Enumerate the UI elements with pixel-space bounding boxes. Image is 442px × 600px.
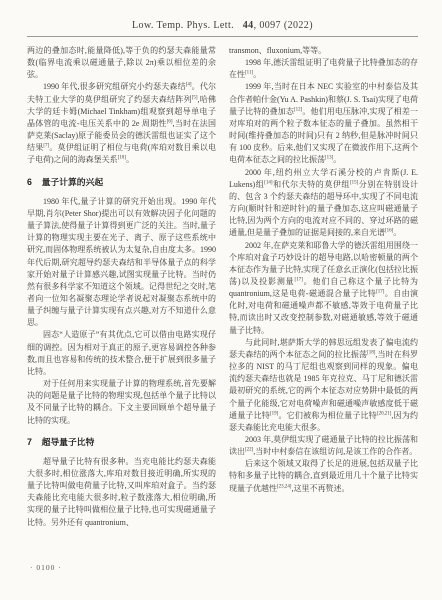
paragraph: 对于任何用来实现量子计算的物理系统,首先要解决的问题是量子比特的物理实现,包括单… [27, 378, 216, 427]
paragraph: 2002 年,在萨克莱和耶鲁大学的德沃雷组用围绕一个库珀对盒子巧妙设计的超导电路… [229, 240, 418, 337]
running-header: Low. Temp. Phys. Lett. 44, 0097 (2022) [27, 20, 418, 31]
journal-title: Low. Temp. Phys. Lett. [132, 20, 234, 31]
section-heading-7: 7超导量子比特 [27, 436, 216, 448]
journal-page: Low. Temp. Phys. Lett. 44, 0097 (2022) 两… [0, 0, 442, 600]
left-column: 两边的叠加态时,能量降低),等于负的约瑟夫森能量常数(临界电流乘以磁通量子,除以… [27, 45, 216, 529]
section-heading-6: 6量子计算的兴起 [27, 176, 216, 188]
page-number-footer: · 0100 · [30, 563, 62, 572]
paragraph: 1990 年代,很多研究组研究小约瑟夫森结[4]。代尔夫特工业大学的莫伊组研究了… [27, 81, 216, 166]
paragraph: 2003 年,莫伊组实现了磁通量子比特的拉比振荡和读出[22],当时中村泰信在该… [229, 434, 418, 458]
paragraph: 后来这个领域又取得了长足的进展,包括双量子比特和多量子比特的耦合,直到最近用几十… [229, 458, 418, 494]
header-rule [27, 36, 418, 37]
paragraph: 固态“人造原子”有其优点,它可以借由电路实现仔细的调控。因为相对于真正的原子,更… [27, 329, 216, 378]
journal-volume: 44 [243, 20, 254, 31]
paragraph: 1980 年代,量子计算的研究开始出现。1990 年代早期,肖尔(Peter S… [27, 196, 216, 330]
two-column-body: 两边的叠加态时,能量降低),等于负的约瑟夫森能量常数(临界电流乘以磁通量子,除以… [27, 45, 418, 529]
journal-issue-info: , 0097 (2022) [254, 20, 313, 31]
paragraph: 与此同时,堪萨斯大学的韩思远组发表了偏电流约瑟夫森结的两个本征态之间的拉比振荡[… [229, 337, 418, 434]
paragraph: 两边的叠加态时,能量降低),等于负的约瑟夫森能量常数(临界电流乘以磁通量子,除以… [27, 45, 216, 81]
paragraph: transmon、fluxonium,等等。 [229, 45, 418, 57]
paragraph: 1998 年,德沃雷组证明了电荷量子比特叠加态的存在性[11]。 [229, 57, 418, 81]
section-number: 7 [27, 437, 32, 447]
paragraph: 2000 年,纽约州立大学石溪分校的卢肯斯(J. E. Lukens)组[14]… [229, 167, 418, 240]
section-title: 量子计算的兴起 [42, 177, 104, 187]
paragraph: 超导量子比特有很多种。当充电能比约瑟夫森能大很多时,相位涨落大,库珀对数目接近明… [27, 456, 216, 529]
right-column: transmon、fluxonium,等等。 1998 年,德沃雷组证明了电荷量… [229, 45, 418, 529]
paragraph: 1999 年,当时在日本 NEC 实验室的中村泰信及其合作者帕什金(Yu A. … [229, 81, 418, 166]
section-title: 超导量子比特 [42, 437, 95, 447]
section-number: 6 [27, 177, 32, 187]
